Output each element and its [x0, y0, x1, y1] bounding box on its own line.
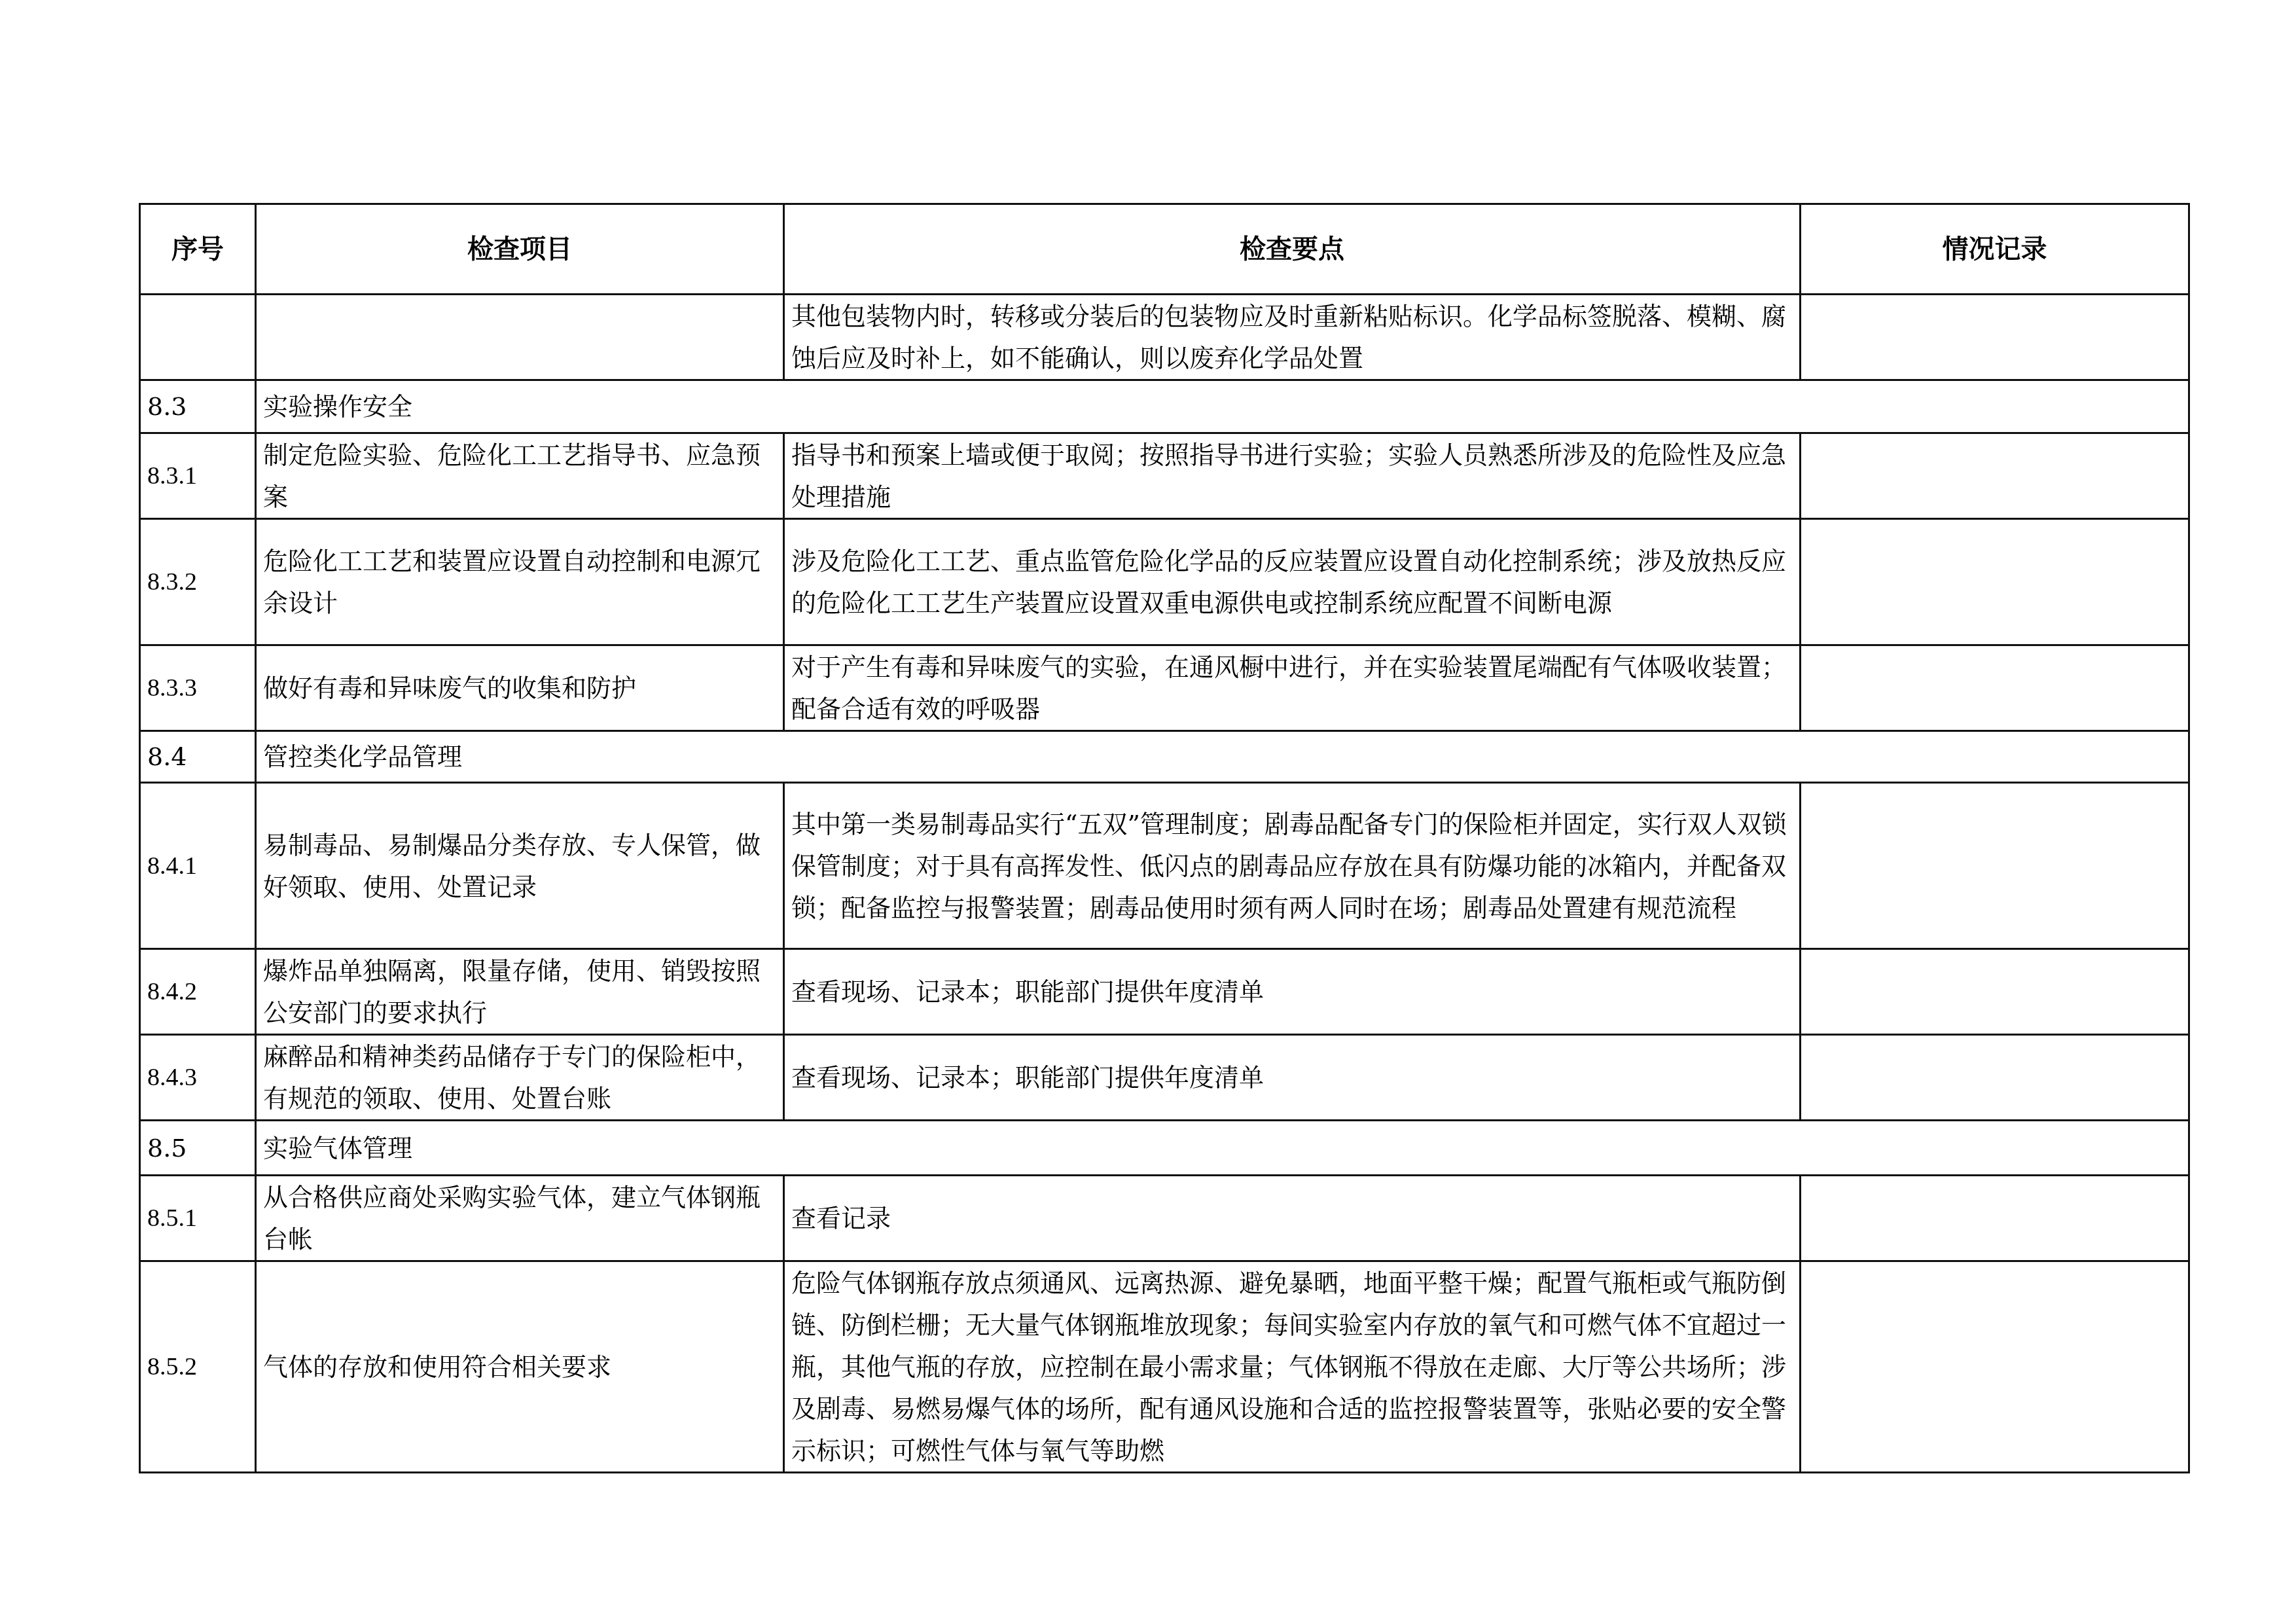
table-row: 8.5.1从合格供应商处采购实验气体，建立气体钢瓶台帐查看记录 [140, 1176, 2189, 1261]
section-id: 8.4 [140, 731, 256, 783]
item-name: 气体的存放和使用符合相关要求 [256, 1261, 784, 1473]
section-title: 管控类化学品管理 [256, 731, 2189, 783]
item-id [140, 295, 256, 380]
header-record: 情况记录 [1801, 204, 2189, 295]
check-points: 其他包装物内时，转移或分装后的包装物应及时重新粘贴标识。化学品标签脱落、模糊、腐… [784, 295, 1801, 380]
item-name: 制定危险实验、危险化工工艺指导书、应急预案 [256, 433, 784, 519]
item-name: 做好有毒和异味废气的收集和防护 [256, 645, 784, 731]
check-points: 查看现场、记录本；职能部门提供年度清单 [784, 949, 1801, 1035]
check-points: 危险气体钢瓶存放点须通风、远离热源、避免暴晒，地面平整干燥；配置气瓶柜或气瓶防倒… [784, 1261, 1801, 1473]
header-id: 序号 [140, 204, 256, 295]
record-cell[interactable] [1801, 295, 2189, 380]
record-cell[interactable] [1801, 645, 2189, 731]
item-id: 8.3.3 [140, 645, 256, 731]
check-points: 指导书和预案上墙或便于取阅；按照指导书进行实验；实验人员熟悉所涉及的危险性及应急… [784, 433, 1801, 519]
table-row: 8.3.3做好有毒和异味废气的收集和防护对于产生有毒和异味废气的实验，在通风橱中… [140, 645, 2189, 731]
check-points: 查看现场、记录本；职能部门提供年度清单 [784, 1035, 1801, 1121]
item-name: 爆炸品单独隔离，限量存储，使用、销毁按照公安部门的要求执行 [256, 949, 784, 1035]
table-row: 其他包装物内时，转移或分装后的包装物应及时重新粘贴标识。化学品标签脱落、模糊、腐… [140, 295, 2189, 380]
item-id: 8.4.1 [140, 783, 256, 949]
item-id: 8.3.2 [140, 519, 256, 645]
item-name: 从合格供应商处采购实验气体，建立气体钢瓶台帐 [256, 1176, 784, 1261]
check-points: 涉及危险化工工艺、重点监管危险化学品的反应装置应设置自动化控制系统；涉及放热反应… [784, 519, 1801, 645]
record-cell[interactable] [1801, 1261, 2189, 1473]
table-row: 8.3.2危险化工工艺和装置应设置自动控制和电源冗余设计涉及危险化工工艺、重点监… [140, 519, 2189, 645]
table-row: 8.4.1易制毒品、易制爆品分类存放、专人保管，做好领取、使用、处置记录其中第一… [140, 783, 2189, 949]
header-points: 检查要点 [784, 204, 1801, 295]
record-cell[interactable] [1801, 1176, 2189, 1261]
item-id: 8.4.3 [140, 1035, 256, 1121]
item-id: 8.5.2 [140, 1261, 256, 1473]
section-row: 8.5实验气体管理 [140, 1121, 2189, 1176]
header-item: 检查项目 [256, 204, 784, 295]
check-points: 对于产生有毒和异味废气的实验，在通风橱中进行，并在实验装置尾端配有气体吸收装置；… [784, 645, 1801, 731]
record-cell[interactable] [1801, 949, 2189, 1035]
section-id: 8.5 [140, 1121, 256, 1176]
inspection-table: 序号 检查项目 检查要点 情况记录 其他包装物内时，转移或分装后的包装物应及时重… [139, 203, 2190, 1473]
record-cell[interactable] [1801, 1035, 2189, 1121]
table-row: 8.3.1制定危险实验、危险化工工艺指导书、应急预案指导书和预案上墙或便于取阅；… [140, 433, 2189, 519]
record-cell[interactable] [1801, 433, 2189, 519]
item-name: 危险化工工艺和装置应设置自动控制和电源冗余设计 [256, 519, 784, 645]
item-id: 8.3.1 [140, 433, 256, 519]
item-name: 易制毒品、易制爆品分类存放、专人保管，做好领取、使用、处置记录 [256, 783, 784, 949]
table-row: 8.4.3麻醉品和精神类药品储存于专门的保险柜中，有规范的领取、使用、处置台账查… [140, 1035, 2189, 1121]
check-points: 其中第一类易制毒品实行“五双”管理制度；剧毒品配备专门的保险柜并固定，实行双人双… [784, 783, 1801, 949]
item-id: 8.4.2 [140, 949, 256, 1035]
table-row: 8.5.2气体的存放和使用符合相关要求危险气体钢瓶存放点须通风、远离热源、避免暴… [140, 1261, 2189, 1473]
item-name: 麻醉品和精神类药品储存于专门的保险柜中，有规范的领取、使用、处置台账 [256, 1035, 784, 1121]
record-cell[interactable] [1801, 519, 2189, 645]
table-row: 8.4.2爆炸品单独隔离，限量存储，使用、销毁按照公安部门的要求执行查看现场、记… [140, 949, 2189, 1035]
table-header-row: 序号 检查项目 检查要点 情况记录 [140, 204, 2189, 295]
item-id: 8.5.1 [140, 1176, 256, 1261]
section-id: 8.3 [140, 380, 256, 433]
table-body: 其他包装物内时，转移或分装后的包装物应及时重新粘贴标识。化学品标签脱落、模糊、腐… [140, 295, 2189, 1473]
section-row: 8.3实验操作安全 [140, 380, 2189, 433]
item-name [256, 295, 784, 380]
section-title: 实验操作安全 [256, 380, 2189, 433]
section-row: 8.4管控类化学品管理 [140, 731, 2189, 783]
check-points: 查看记录 [784, 1176, 1801, 1261]
section-title: 实验气体管理 [256, 1121, 2189, 1176]
record-cell[interactable] [1801, 783, 2189, 949]
